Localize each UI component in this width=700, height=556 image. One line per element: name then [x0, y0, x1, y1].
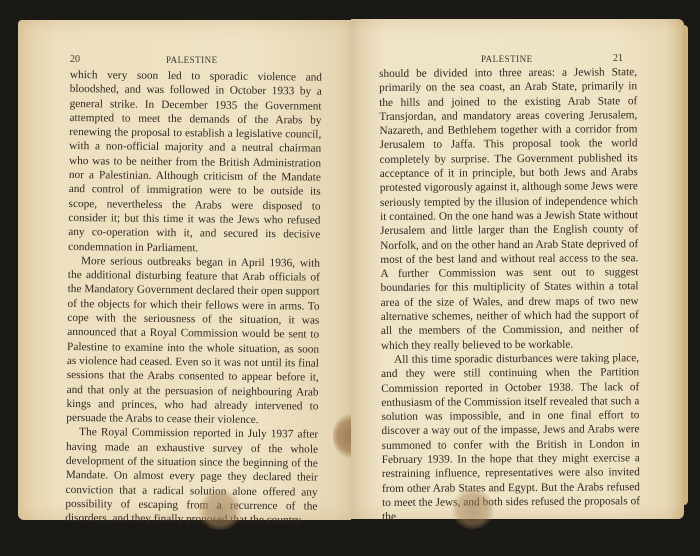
open-book: 20 PALESTINE which very soon led to spor… [18, 20, 684, 520]
stain [198, 490, 242, 530]
stain [451, 489, 495, 529]
page-body: which very soon led to sporadic violence… [65, 68, 322, 528]
paragraph: which very soon led to sporadic violence… [68, 68, 322, 256]
paragraph: should be divided into three areas: a Je… [379, 65, 639, 353]
paragraph: The Royal Commission reported in July 19… [65, 425, 318, 528]
paragraph: All this time sporadic disturbances were… [381, 351, 640, 524]
page-number: 20 [70, 54, 80, 65]
right-page: PALESTINE 21 should be divided into thre… [351, 19, 684, 519]
running-header: PALESTINE [166, 55, 218, 65]
page-number: 21 [613, 53, 623, 64]
paragraph: More serious outbreaks began in April 19… [66, 254, 320, 428]
page-body: should be divided into three areas: a Je… [379, 65, 640, 524]
left-page: 20 PALESTINE which very soon led to spor… [18, 20, 351, 520]
running-header: PALESTINE [481, 54, 533, 64]
